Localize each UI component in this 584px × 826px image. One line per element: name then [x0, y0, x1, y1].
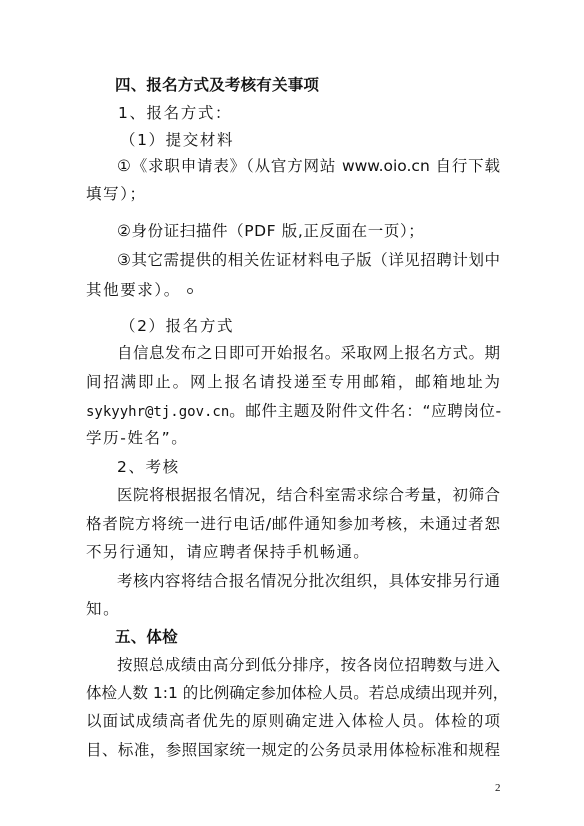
section-5-line-3: 以面试成绩高者优先的原则确定进入体检人员。体检的项 — [86, 711, 500, 731]
assess-p1-line-2: 格者院方将统一进行电话/邮件通知参加考核，未通过者恕 — [86, 514, 500, 534]
item-1-title: （1）提交材料 — [120, 130, 534, 150]
method-line-3-rest: 。邮件主题及附件文件名：“应聘岗位- — [229, 402, 501, 420]
page-number: 2 — [495, 782, 501, 794]
subsection-1-title: 1、报名方式： — [118, 103, 532, 123]
method-line-4: 学历-姓名”。 — [86, 428, 500, 448]
method-line-2: 间招满即止。网上报名请投递至专用邮箱，邮箱地址为 — [86, 372, 500, 392]
document-page: 四、报名方式及考核有关事项 1、报名方式： （1）提交材料 ①《求职申请表》（从… — [0, 0, 584, 826]
section-5-heading: 五、体检 — [115, 627, 529, 647]
material-3-line-2-text: 其他要求）。 — [86, 281, 181, 299]
method-line-3: sykyyhr@tj.gov.cn。邮件主题及附件文件名：“应聘岗位- — [86, 401, 500, 422]
material-1-line-2: 填写）； — [86, 184, 500, 204]
email-address: sykyyhr@tj.gov.cn — [86, 404, 229, 420]
section-5-line-4: 目、标准，参照国家统一规定的公务员录用体检标准和规程 — [86, 740, 500, 760]
assess-p2-line-1: 考核内容将结合报名情况分批次组织，具体安排另行通 — [117, 571, 500, 591]
assess-p1-line-1: 医院将根据报名情况，结合科室需求综合考量，初筛合 — [117, 485, 500, 505]
cursor-mark-icon — [187, 288, 193, 294]
material-3-line-1: ③其它需提供的相关佐证材料电子版（详见招聘计划中 — [117, 250, 500, 270]
subsection-2-title: 2、考核 — [117, 457, 531, 477]
assess-p2-line-2: 知。 — [86, 599, 500, 619]
material-3-line-2: 其他要求）。 — [86, 280, 500, 300]
material-2: ②身份证扫描件（PDF 版,正反面在一页）； — [117, 221, 500, 241]
section-4-heading: 四、报名方式及考核有关事项 — [115, 75, 529, 95]
item-2-title: （2）报名方式 — [120, 316, 534, 336]
method-line-1: 自信息发布之日即可开始报名。采取网上报名方式。期 — [117, 343, 500, 363]
section-5-line-2: 体检人数 1:1 的比例确定参加体检人员。若总成绩出现并列， — [86, 683, 500, 703]
material-1-line-1: ①《求职申请表》（从官方网站 www.oio.cn 自行下载 — [117, 156, 500, 176]
assess-p1-line-3: 不另行通知，请应聘者保持手机畅通。 — [86, 542, 500, 562]
section-5-line-1: 按照总成绩由高分到低分排序，按各岗位招聘数与进入 — [117, 655, 500, 675]
